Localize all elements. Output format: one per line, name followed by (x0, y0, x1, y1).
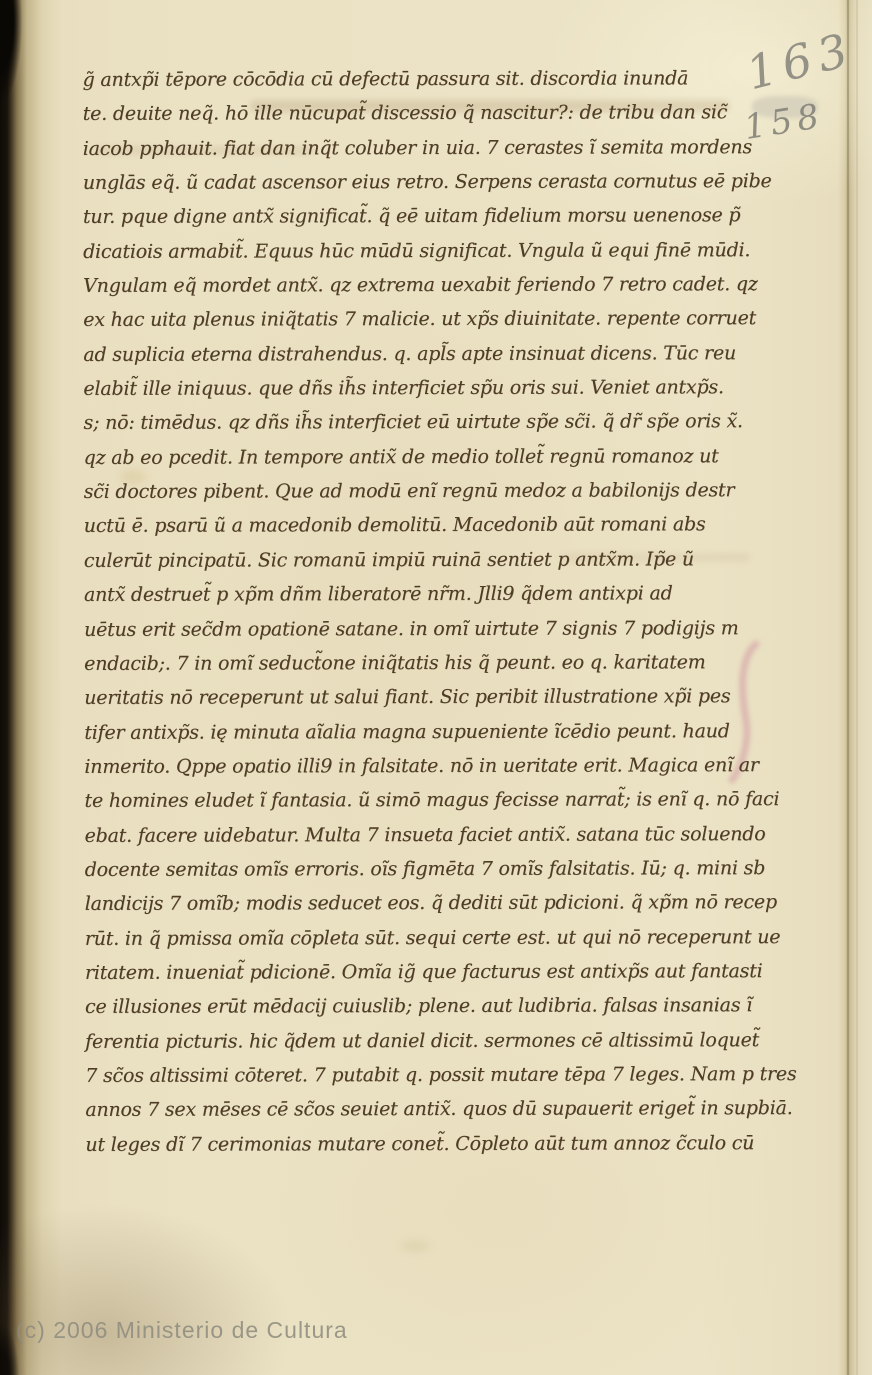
manuscript-text-line: Vngulam eq̃ mordet antx̃. qz extrema uex… (83, 267, 759, 303)
manuscript-text-line: dicatiois armabit̃. Equus hūc mūdū signi… (83, 233, 759, 269)
manuscript-text-line: ueritatis nō receperunt ut salui fiant. … (84, 679, 760, 715)
manuscript-text-line: iacob pphauit. fiat dan inq̃t coluber in… (83, 130, 759, 166)
page-edge-crease (847, 0, 849, 1375)
manuscript-page-scan: 163 158 g̃ antxp̃i tēpore cōcōdia cū def… (0, 0, 872, 1375)
manuscript-text-line: elabit̃ ille iniquus. que dñs ih̃s inter… (83, 370, 759, 406)
manuscript-text-line: uctū ē. psarū ũ a macedonib demolitū. Ma… (84, 508, 760, 544)
manuscript-text-line: annos 7 sex mēses cē sc̃os seuiet antix̃… (85, 1091, 761, 1127)
manuscript-text-line: docente semitas omĩs erroris. oĩs figmēt… (85, 851, 761, 887)
binding-corner-top (0, 0, 34, 140)
manuscript-text-line: te. deuite neq̃. hō ille nūcupat̃ disces… (83, 95, 759, 131)
copyright-watermark: (c) 2006 Ministerio de Cultura (16, 1317, 348, 1344)
manuscript-text-line: landicijs 7 omĩb; modis seducet eos. q̃ … (85, 885, 761, 921)
manuscript-text-line: culerūt pincipatū. Sic romanū impiū ruin… (84, 542, 760, 578)
manuscript-text-line: s; nō: timēdus. qz dñs ih̃s interficiet … (83, 405, 759, 441)
manuscript-text-line: 7 sc̃os altissimi cōteret. 7 putabit q. … (85, 1057, 761, 1093)
page-edge-crease-2 (856, 0, 858, 1375)
manuscript-text-line: ut leges dĩ 7 cerimonias mutare conet̃. … (85, 1126, 761, 1162)
manuscript-text-line: ritatem. inueniat̃ pdicionē. Omĩa ig̃ qu… (85, 954, 761, 990)
manuscript-text-line: ad suplicia eterna distrahendus. q. apl̃… (83, 336, 759, 372)
manuscript-text-line: inmerito. Qppe opatio illi9 in falsitate… (84, 748, 760, 784)
manuscript-text-line: qz ab eo pcedit. In tempore antix̃ de me… (84, 439, 760, 475)
manuscript-text-line: ex hac uita plenus iniq̃tatis 7 malicie.… (83, 302, 759, 338)
manuscript-text-line: te homines eludet ĩ fantasia. ũ simō mag… (84, 782, 760, 818)
parchment-stain (400, 1240, 430, 1252)
manuscript-text-line: unglās eq̃. ũ cadat ascensor eius retro.… (83, 164, 759, 200)
manuscript-text-line: uētus erit sec̃dm opationē satane. in om… (84, 611, 760, 647)
manuscript-text-line: rūt. in q̃ pmissa omĩa cōpleta sūt. sequ… (85, 920, 761, 956)
manuscript-text-line: tur. pque digne antx̃ significat̃. q̃ eē… (83, 198, 759, 234)
foliation-number-old: 163 (741, 22, 860, 101)
manuscript-text-line: ce illusiones erūt mēdacij cuiuslib; ple… (85, 988, 761, 1024)
manuscript-text-line: endacib;. 7 in omĩ seduct̃one iniq̃tatis… (84, 645, 760, 681)
manuscript-text-block: g̃ antxp̃i tēpore cōcōdia cū defectū pas… (83, 61, 762, 1162)
manuscript-text-line: ebat. facere uidebatur. Multa 7 insueta … (85, 817, 761, 853)
manuscript-text-line: g̃ antxp̃i tēpore cōcōdia cū defectū pas… (83, 61, 759, 97)
manuscript-text-line: tifer antixp̃s. ię minuta aĩalia magna s… (84, 714, 760, 750)
manuscript-text-line: ferentia picturis. hic q̃dem ut daniel d… (85, 1023, 761, 1059)
manuscript-text-line: antx̃ destruet̃ p xp̃m dñm liberatorē nr… (84, 576, 760, 612)
manuscript-text-line: sc̃i doctores pibent. Que ad modū enĩ re… (84, 473, 760, 509)
